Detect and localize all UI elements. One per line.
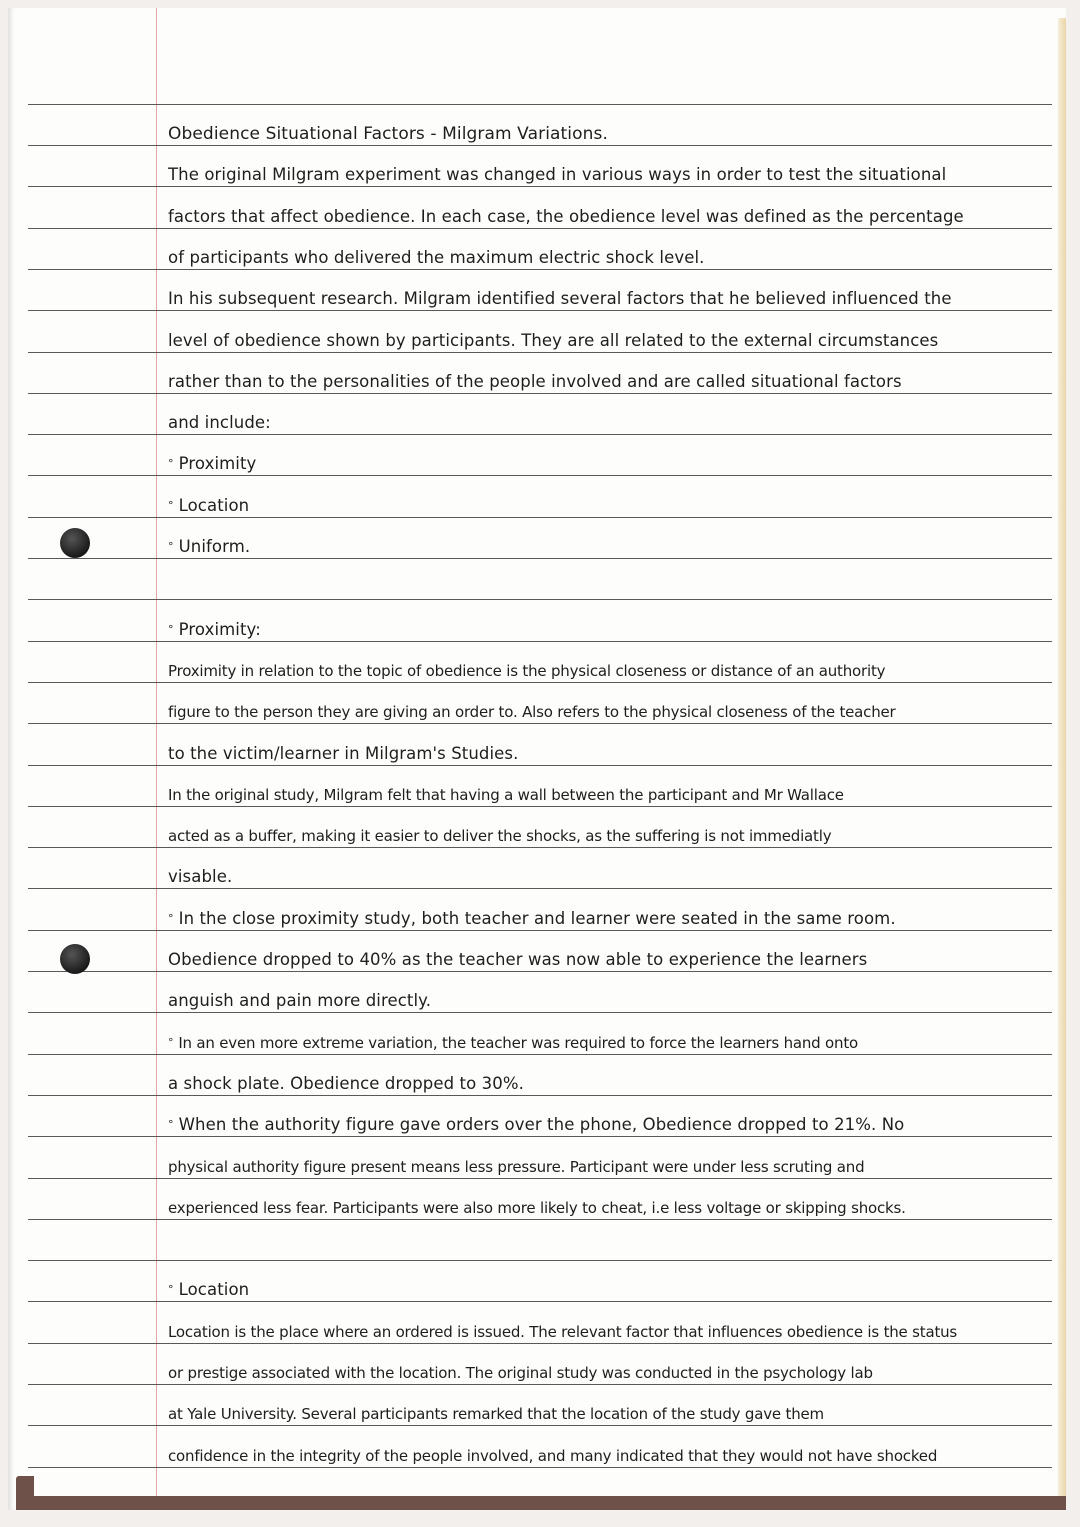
rule-line <box>28 599 1052 600</box>
note-line: and include: <box>168 413 271 433</box>
note-line: a shock plate. Obedience dropped to 30%. <box>168 1074 524 1094</box>
note-line: rather than to the personalities of the … <box>168 372 902 392</box>
note-text: experienced less fear. Participants were… <box>168 1199 906 1217</box>
rule-line <box>28 1219 1052 1220</box>
note-text: Proximity in relation to the topic of ob… <box>168 662 885 680</box>
rule-line <box>28 558 1052 559</box>
note-line: at Yale University. Several participants… <box>168 1404 824 1424</box>
bullet-icon: ° <box>168 1280 174 1300</box>
note-line: factors that affect obedience. In each c… <box>168 207 964 227</box>
note-line: Obedience dropped to 40% as the teacher … <box>168 950 867 970</box>
rule-line <box>28 723 1052 724</box>
rule-line <box>28 434 1052 435</box>
page-edge <box>1058 18 1066 1498</box>
note-line: anguish and pain more directly. <box>168 991 431 1011</box>
bullet-icon: ° <box>168 909 174 929</box>
note-text: Proximity <box>179 454 257 473</box>
note-line: °Uniform. <box>168 537 250 557</box>
note-line: visable. <box>168 867 232 887</box>
rule-line <box>28 1095 1052 1096</box>
rule-line <box>28 1425 1052 1426</box>
rule-line <box>28 641 1052 642</box>
note-line: confidence in the integrity of the peopl… <box>168 1446 937 1466</box>
note-text: of participants who delivered the maximu… <box>168 248 705 267</box>
rule-line <box>28 228 1052 229</box>
rule-line <box>28 1343 1052 1344</box>
note-text: Obedience Situational Factors - Milgram … <box>168 124 608 144</box>
note-line: Obedience Situational Factors - Milgram … <box>168 124 608 144</box>
rule-line <box>28 1054 1052 1055</box>
rule-line <box>28 352 1052 353</box>
note-line: Location is the place where an ordered i… <box>168 1322 957 1342</box>
rule-line <box>28 1260 1052 1261</box>
rule-line <box>28 1301 1052 1302</box>
note-text: factors that affect obedience. In each c… <box>168 207 964 226</box>
note-text: level of obedience shown by participants… <box>168 331 938 350</box>
note-text: In the close proximity study, both teach… <box>179 909 896 928</box>
note-line: °Proximity <box>168 454 256 474</box>
note-line: °Location <box>168 1280 249 1300</box>
note-text: Obedience dropped to 40% as the teacher … <box>168 950 867 969</box>
rule-line <box>28 765 1052 766</box>
rule-line <box>28 1467 1052 1468</box>
rule-line <box>28 1012 1052 1013</box>
note-line: °Location <box>168 496 249 516</box>
note-line: level of obedience shown by participants… <box>168 331 938 351</box>
rule-line <box>28 1384 1052 1385</box>
note-text: to the victim/learner in Milgram's Studi… <box>168 744 518 763</box>
note-line: figure to the person they are giving an … <box>168 702 896 722</box>
note-line: °In the close proximity study, both teac… <box>168 909 896 929</box>
note-text: acted as a buffer, making it easier to d… <box>168 827 831 845</box>
note-text: figure to the person they are giving an … <box>168 703 896 721</box>
note-text: a shock plate. Obedience dropped to 30%. <box>168 1074 524 1093</box>
rule-line <box>28 186 1052 187</box>
note-text: and include: <box>168 413 271 432</box>
note-text: Location <box>179 1280 250 1299</box>
bullet-icon: ° <box>168 1115 174 1135</box>
note-line: In the original study, Milgram felt that… <box>168 785 844 805</box>
bullet-icon: ° <box>168 1033 173 1053</box>
note-text: confidence in the integrity of the peopl… <box>168 1447 937 1465</box>
bullet-icon: ° <box>168 496 174 516</box>
note-line: to the victim/learner in Milgram's Studi… <box>168 744 518 764</box>
note-line: °Proximity: <box>168 620 261 640</box>
note-text: visable. <box>168 867 232 886</box>
note-text: In an even more extreme variation, the t… <box>178 1034 858 1052</box>
note-line: The original Milgram experiment was chan… <box>168 165 946 185</box>
rule-line <box>28 104 1052 105</box>
rule-line <box>28 145 1052 146</box>
punch-hole <box>60 944 90 974</box>
note-line: °In an even more extreme variation, the … <box>168 1033 858 1053</box>
note-line: acted as a buffer, making it easier to d… <box>168 826 831 846</box>
note-text: or prestige associated with the location… <box>168 1364 873 1382</box>
rule-line <box>28 517 1052 518</box>
rule-line <box>28 393 1052 394</box>
note-line: experienced less fear. Participants were… <box>168 1198 906 1218</box>
note-text: Proximity: <box>179 620 261 639</box>
note-text: The original Milgram experiment was chan… <box>168 165 946 184</box>
note-text: In the original study, Milgram felt that… <box>168 786 844 804</box>
note-text: physical authority figure present means … <box>168 1158 864 1176</box>
margin-line <box>156 8 157 1510</box>
bullet-icon: ° <box>168 620 174 640</box>
rule-line <box>28 1136 1052 1137</box>
rule-line <box>28 888 1052 889</box>
note-line: physical authority figure present means … <box>168 1157 864 1177</box>
rule-line <box>28 847 1052 848</box>
note-text: anguish and pain more directly. <box>168 991 431 1010</box>
bullet-icon: ° <box>168 537 174 557</box>
bullet-icon: ° <box>168 454 174 474</box>
rule-line <box>28 930 1052 931</box>
rule-line <box>28 971 1052 972</box>
rule-line <box>28 1178 1052 1179</box>
rule-line <box>28 475 1052 476</box>
note-text: at Yale University. Several participants… <box>168 1405 824 1423</box>
note-text: Location <box>179 496 250 515</box>
punch-hole <box>60 528 90 558</box>
note-line: or prestige associated with the location… <box>168 1363 873 1383</box>
notebook-page: Obedience Situational Factors - Milgram … <box>8 8 1066 1510</box>
rule-line <box>28 806 1052 807</box>
note-text: In his subsequent research. Milgram iden… <box>168 289 952 308</box>
note-text: Location is the place where an ordered i… <box>168 1323 957 1341</box>
note-line: of participants who delivered the maximu… <box>168 248 705 268</box>
note-line: °When the authority figure gave orders o… <box>168 1115 904 1135</box>
note-text: When the authority figure gave orders ov… <box>179 1115 905 1134</box>
binding-strip <box>26 1496 1066 1510</box>
note-text: rather than to the personalities of the … <box>168 372 902 391</box>
note-text: Uniform. <box>179 537 251 556</box>
note-line: Proximity in relation to the topic of ob… <box>168 661 885 681</box>
note-line: In his subsequent research. Milgram iden… <box>168 289 952 309</box>
rule-line <box>28 269 1052 270</box>
rule-line <box>28 310 1052 311</box>
rule-line <box>28 682 1052 683</box>
